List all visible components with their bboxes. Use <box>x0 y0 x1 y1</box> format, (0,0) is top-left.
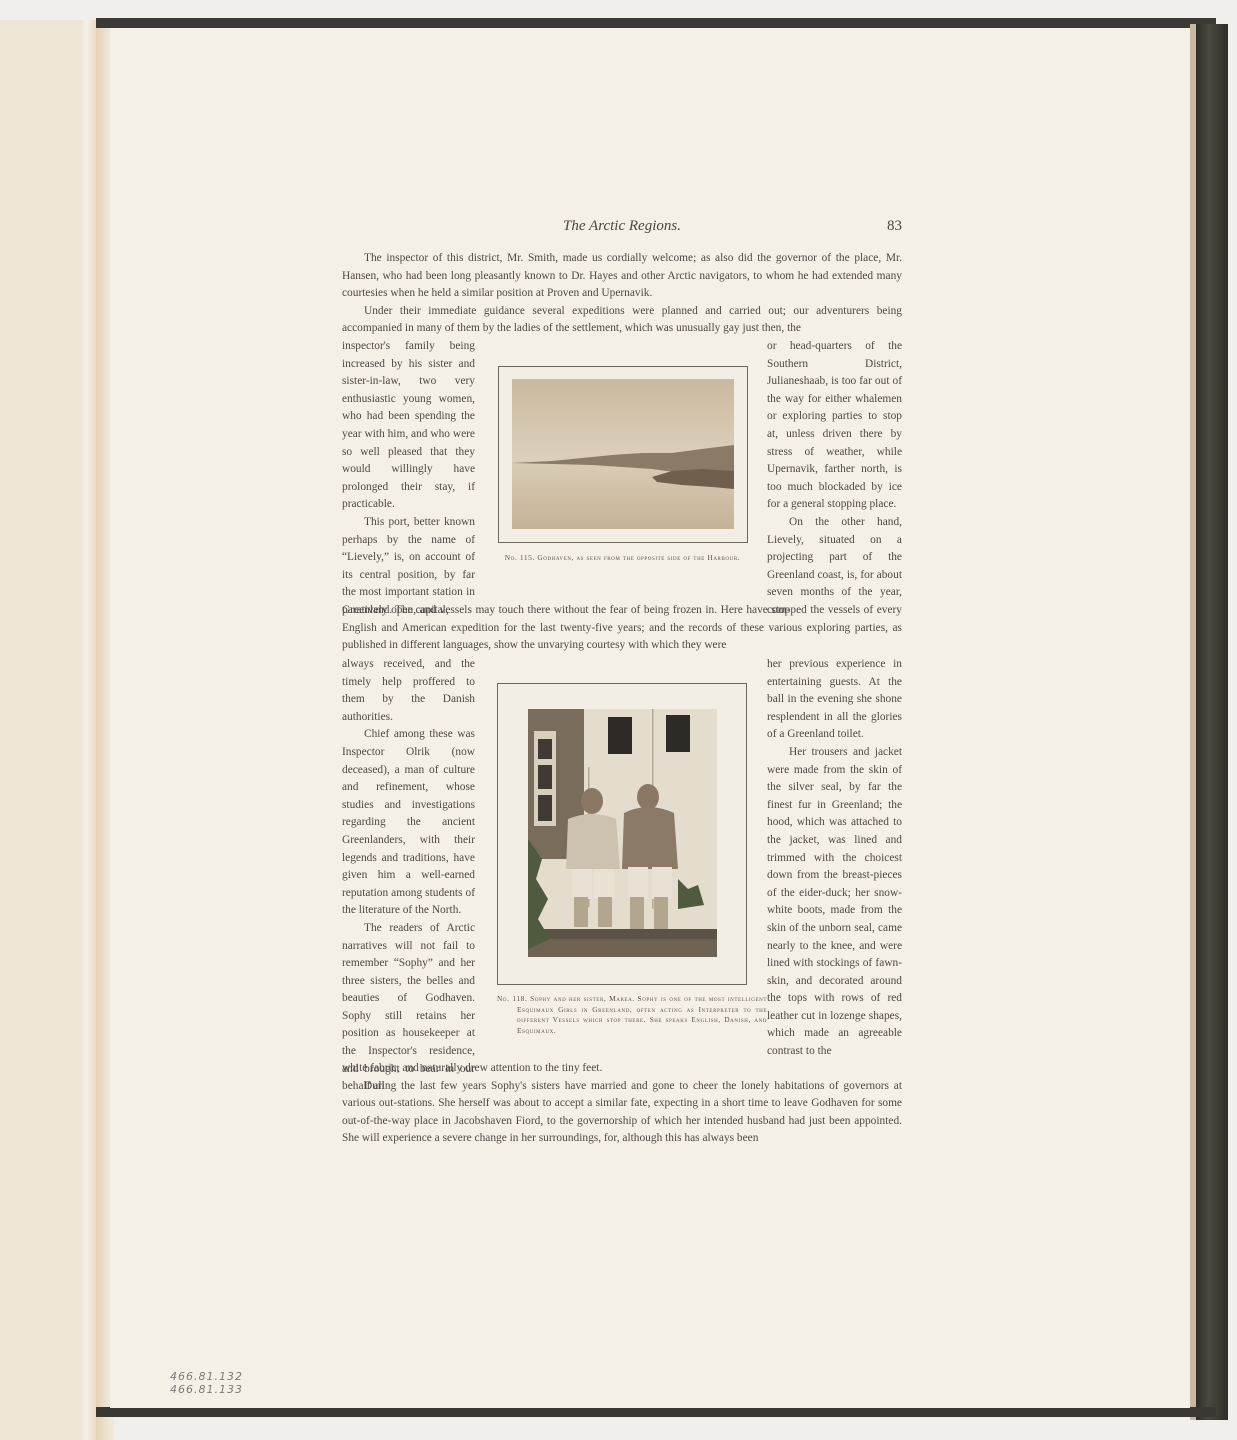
plate-sophy-marea <box>497 683 747 985</box>
binding-top-edge <box>96 18 1216 28</box>
paragraph: or head-quarters of the Southern Distric… <box>767 338 902 514</box>
binding-right-edge <box>1190 24 1228 1420</box>
closing-paragraphs: white fabric, and naturally drew attenti… <box>342 1060 902 1148</box>
page-number: 83 <box>887 218 902 235</box>
plate-caption: No. 115. Godhaven, as seen from the oppo… <box>500 553 745 564</box>
binding-bottom-edge <box>96 1407 1216 1417</box>
opening-paragraphs: The inspector of this district, Mr. Smit… <box>342 250 902 338</box>
pencil-inventory-numbers: 466.81.132 466.81.133 <box>170 1370 243 1396</box>
paragraph: her previous experience in entertaining … <box>767 656 902 744</box>
paragraph: inspector's family being increased by hi… <box>342 338 475 514</box>
paragraph: always received, and the timely help pro… <box>342 656 475 726</box>
running-head: The Arctic Regions. 83 <box>342 218 902 240</box>
paragraph: paratively open, and vessels may touch t… <box>342 602 902 655</box>
book-gutter <box>80 20 96 1440</box>
inventory-number: 466.81.133 <box>170 1383 243 1396</box>
paragraph: white fabric, and naturally drew attenti… <box>342 1060 902 1078</box>
right-column-2: her previous experience in entertaining … <box>767 656 902 1061</box>
paragraph: Under their immediate guidance several e… <box>342 303 902 338</box>
two-women-portrait-photo <box>528 709 717 957</box>
plate-caption: No. 118. Sophy and her sister, Marea. So… <box>497 994 767 1036</box>
plate-godhaven <box>498 366 748 543</box>
middle-paragraph: paratively open, and vessels may touch t… <box>342 602 902 655</box>
paragraph: Chief among these was Inspector Olrik (n… <box>342 726 475 920</box>
paragraph: The inspector of this district, Mr. Smit… <box>342 250 902 303</box>
running-title: The Arctic Regions. <box>342 218 902 235</box>
paragraph: During the last few years Sophy's sister… <box>342 1078 902 1148</box>
harbour-landscape-photo <box>512 379 734 529</box>
paragraph: Her trousers and jacket were made from t… <box>767 744 902 1061</box>
left-column-2: always received, and the timely help pro… <box>342 656 475 1096</box>
right-column-1: or head-quarters of the Southern Distric… <box>767 338 902 620</box>
left-column-1: inspector's family being increased by hi… <box>342 338 475 620</box>
inventory-number: 466.81.132 <box>170 1370 243 1383</box>
